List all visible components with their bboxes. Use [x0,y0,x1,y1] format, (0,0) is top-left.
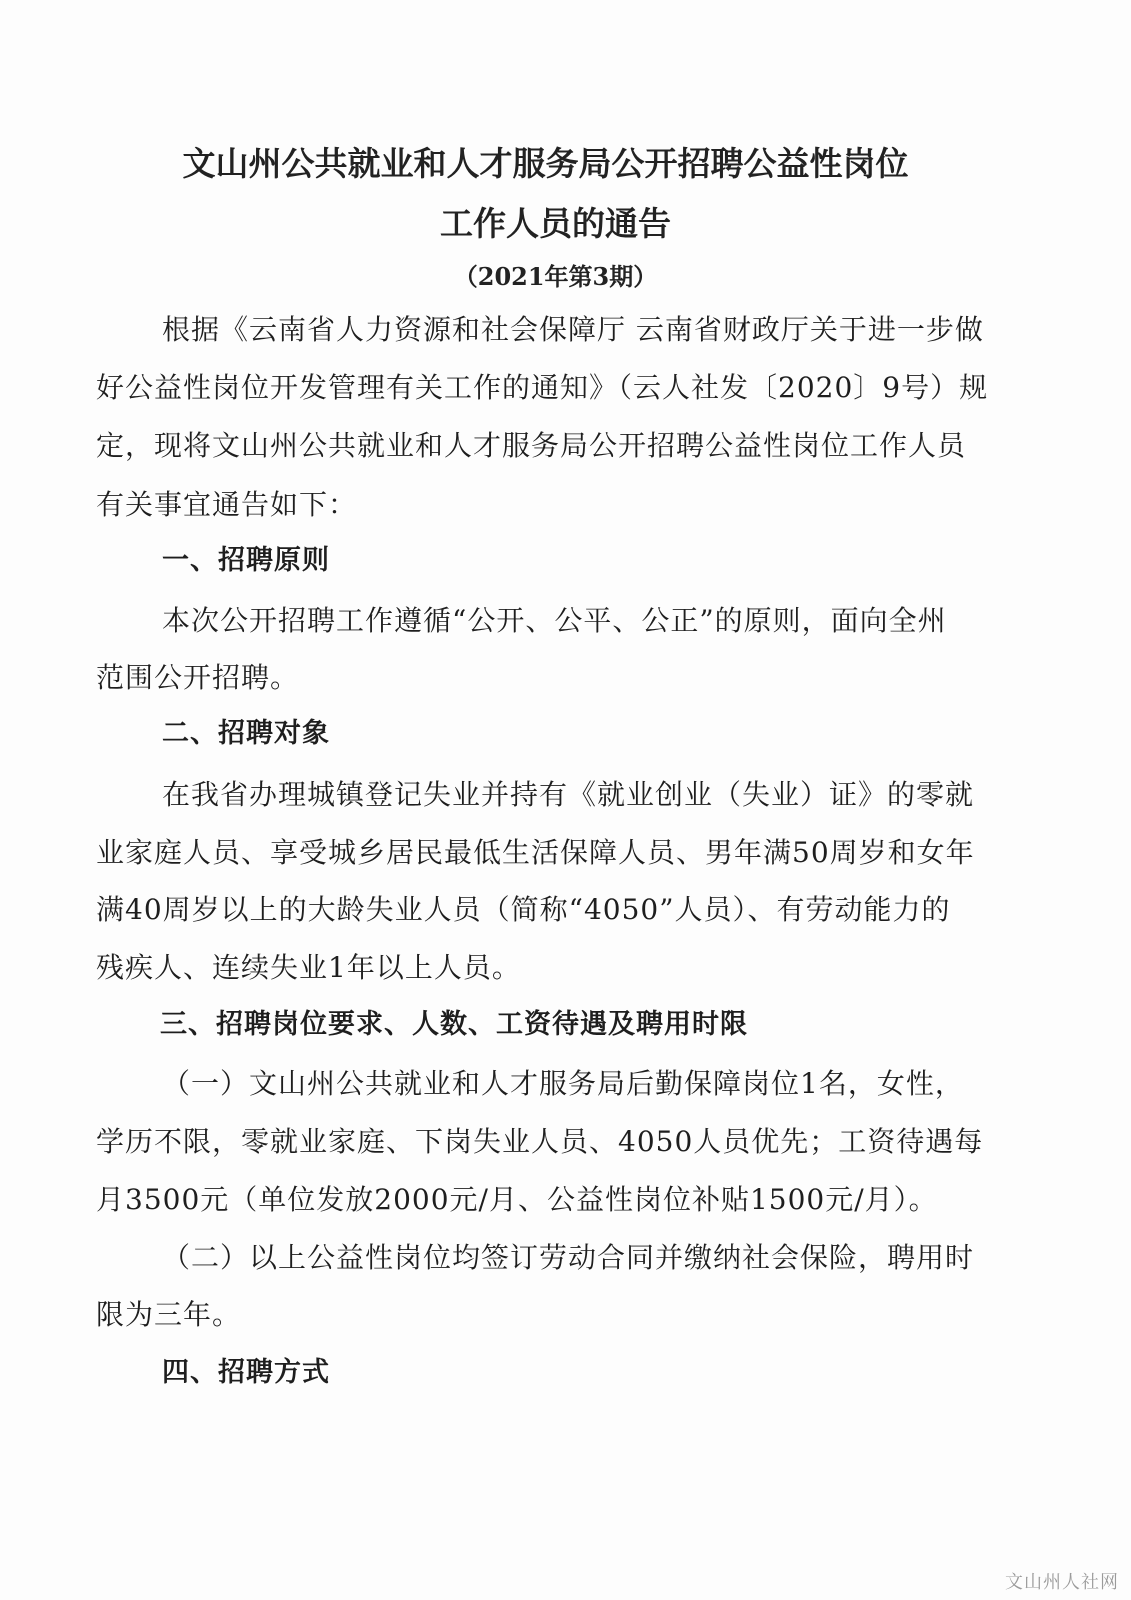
section-heading: 四、招聘方式 [162,1355,1012,1391]
watermark: 文山州人社网 [1005,1568,1119,1594]
paragraph-line: 定，现将文山州公共就业和人才服务局公开招聘公益性岗位工作人员 [96,428,946,464]
paragraph-line: （一）文山州公共就业和人才服务局后勤保障岗位1名，女性， [162,1066,1012,1102]
document-issue: （2021年第3期） [0,257,1121,292]
document-page: 文山州公共就业和人才服务局公开招聘公益性岗位 工作人员的通告 （2021年第3期… [0,0,1131,1600]
document-title: 文山州公共就业和人才服务局公开招聘公益性岗位 [0,138,1111,185]
paragraph-line: 限为三年。 [96,1297,946,1333]
section-heading: 二、招聘对象 [162,716,1012,752]
paragraph-line: 本次公开招聘工作遵循“公开、公平、公正”的原则，面向全州 [162,603,1012,639]
paragraph-line: 范围公开招聘。 [96,660,946,696]
paragraph-line: 根据《云南省人力资源和社会保障厅 云南省财政厅关于进一步做 [162,312,1012,348]
paragraph-line: 有关事宜通告如下： [96,487,946,523]
paragraph-line: 业家庭人员、享受城乡居民最低生活保障人员、男年满50周岁和女年 [96,835,946,871]
paragraph-line: 月3500元（单位发放2000元/月、公益性岗位补贴1500元/月）。 [96,1182,946,1218]
paragraph-line: 在我省办理城镇登记失业并持有《就业创业（失业）证》的零就 [162,777,1012,813]
paragraph-line: 学历不限，零就业家庭、下岗失业人员、4050人员优先；工资待遇每 [96,1124,946,1160]
paragraph-line: 满40周岁以上的大龄失业人员（简称“4050”人员）、有劳动能力的 [96,892,946,928]
document-title-line2: 工作人员的通告 [0,198,1121,245]
paragraph-line: （二）以上公益性岗位均签订劳动合同并缴纳社会保险，聘用时 [162,1240,1012,1276]
paragraph-line: 残疾人、连续失业1年以上人员。 [96,950,946,986]
section-heading: 一、招聘原则 [162,543,1012,579]
section-heading: 三、招聘岗位要求、人数、工资待遇及聘用时限 [160,1007,1010,1043]
paragraph-line: 好公益性岗位开发管理有关工作的通知》（云人社发〔2020〕9号）规 [96,370,946,406]
